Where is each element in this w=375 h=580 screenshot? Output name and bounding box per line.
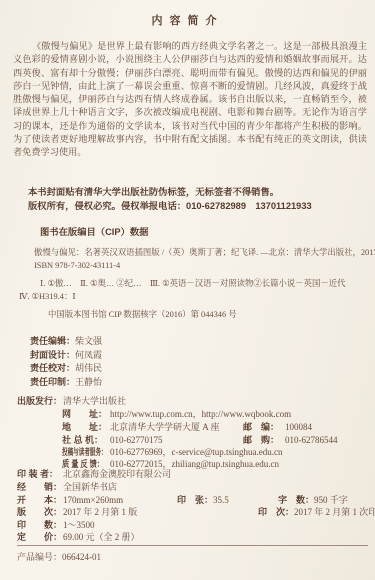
mailorder-value: 010-62786544 xyxy=(285,435,338,446)
switchboard-label: 社 总 机： xyxy=(62,435,103,446)
product-number-label: 产品编号： xyxy=(17,552,62,562)
credit-label: 责任印制： xyxy=(30,377,75,387)
credit-value: 胡伟民 xyxy=(75,363,102,373)
switchboard-value: 010-62770175 xyxy=(110,435,163,446)
credit-label: 责任校对： xyxy=(30,363,75,373)
price-value: 69.00 元（全 2 册） xyxy=(63,532,140,543)
impression-label: 印 次： xyxy=(258,507,294,518)
address-label: 地 址： xyxy=(62,422,107,433)
product-number-row: 产品编号：066424-01 xyxy=(17,552,101,563)
format-value: 170mm×260mm xyxy=(63,495,123,506)
edition-value: 2017 年 2 月第 1 版 xyxy=(63,507,137,518)
reader-service-value: 010-62776969，c-service@tup.tsinghua.edu.… xyxy=(110,447,283,458)
product-number-value: 066424-01 xyxy=(62,552,101,562)
credit-value: 何凤霞 xyxy=(75,350,102,360)
credit-proofreader: 责任校对：胡伟民 xyxy=(30,363,102,374)
book-copyright-page: 内容简介 《傲慢与偏见》是世界上最有影响的西方经典文学名著之一。这是一部极具浪漫… xyxy=(0,0,375,580)
distributor-value: 全国新华书店 xyxy=(63,482,117,493)
credit-print-supervisor: 责任印制：王静怡 xyxy=(30,377,102,388)
copyright-notice: 版权所有，侵权必究。侵权举报电话：010-62782989 1370112193… xyxy=(28,201,312,212)
cip-record-number: 中国版本图书馆 CIP 数据核字（2016）第 044346 号 xyxy=(48,309,237,320)
credit-label: 责任编辑： xyxy=(30,336,75,346)
impression-value: 2017 年 2 月第 1 次印刷 xyxy=(294,507,375,518)
address-value: 北京清华大学学研大厦 A 座 xyxy=(110,422,220,433)
wordcount-value: 950 千字 xyxy=(314,495,348,506)
distributor-label: 经 销： xyxy=(17,482,62,493)
website-value: http://www.tup.com.cn，http://www.wqbook.… xyxy=(110,409,291,420)
credit-label: 封面设计： xyxy=(30,350,75,360)
cip-title-line: 傲慢与偏见：名著英汉双语插图版 /（英）奥斯丁著；纪飞译. —北京：清华大学出版… xyxy=(34,247,375,258)
cip-isbn: ISBN 978-7-302-43111-4 xyxy=(34,260,120,271)
printrun-label: 印 数： xyxy=(17,520,62,531)
divider-rule xyxy=(17,545,368,546)
printer-value: 北京鑫海金澳胶印有限公司 xyxy=(63,469,171,480)
publisher-name: 清华大学出版社 xyxy=(63,396,126,407)
printrun-value: 1～3500 xyxy=(63,520,95,531)
cip-classification-1: Ⅰ. ①傲… Ⅱ. ①奥… ②纪… Ⅲ. ①英语－汉语－对照读物②长篇小说－英国… xyxy=(40,278,346,289)
sheets-label: 印 张： xyxy=(177,495,213,506)
reader-service-label: 投稿与读者服务： xyxy=(62,447,107,458)
price-label: 定 价： xyxy=(17,532,62,543)
format-label: 开 本： xyxy=(17,495,62,506)
credit-editor: 责任编辑：柴文强 xyxy=(30,336,102,347)
zip-value: 100084 xyxy=(285,422,312,433)
edition-label: 版 次： xyxy=(17,507,62,518)
website-label: 网 址： xyxy=(62,409,107,420)
page-title: 内容简介 xyxy=(0,12,375,28)
anti-piracy-notice: 本书封面贴有清华大学出版社防伪标签，无标签者不得销售。 xyxy=(28,187,279,198)
credit-cover-design: 封面设计：何凤霞 xyxy=(30,350,102,361)
printer-label: 印 装 者： xyxy=(17,469,58,480)
wordcount-label: 字 数： xyxy=(278,495,314,506)
credit-value: 柴文强 xyxy=(75,336,102,346)
zip-label: 邮 编： xyxy=(243,422,279,433)
cip-header: 图书在版编目（CIP）数据 xyxy=(40,227,148,238)
publisher-label: 出版发行： xyxy=(17,396,62,407)
cip-classification-2: Ⅳ. ①H319.4：Ⅰ xyxy=(19,291,76,302)
credit-value: 王静怡 xyxy=(75,377,102,387)
intro-paragraph: 《傲慢与偏见》是世界上最有影响的西方经典文学名著之一。这是一部极具浪漫主义色彩的… xyxy=(13,40,367,160)
sheets-value: 35.5 xyxy=(213,495,229,506)
mailorder-label: 邮 购： xyxy=(243,435,279,446)
